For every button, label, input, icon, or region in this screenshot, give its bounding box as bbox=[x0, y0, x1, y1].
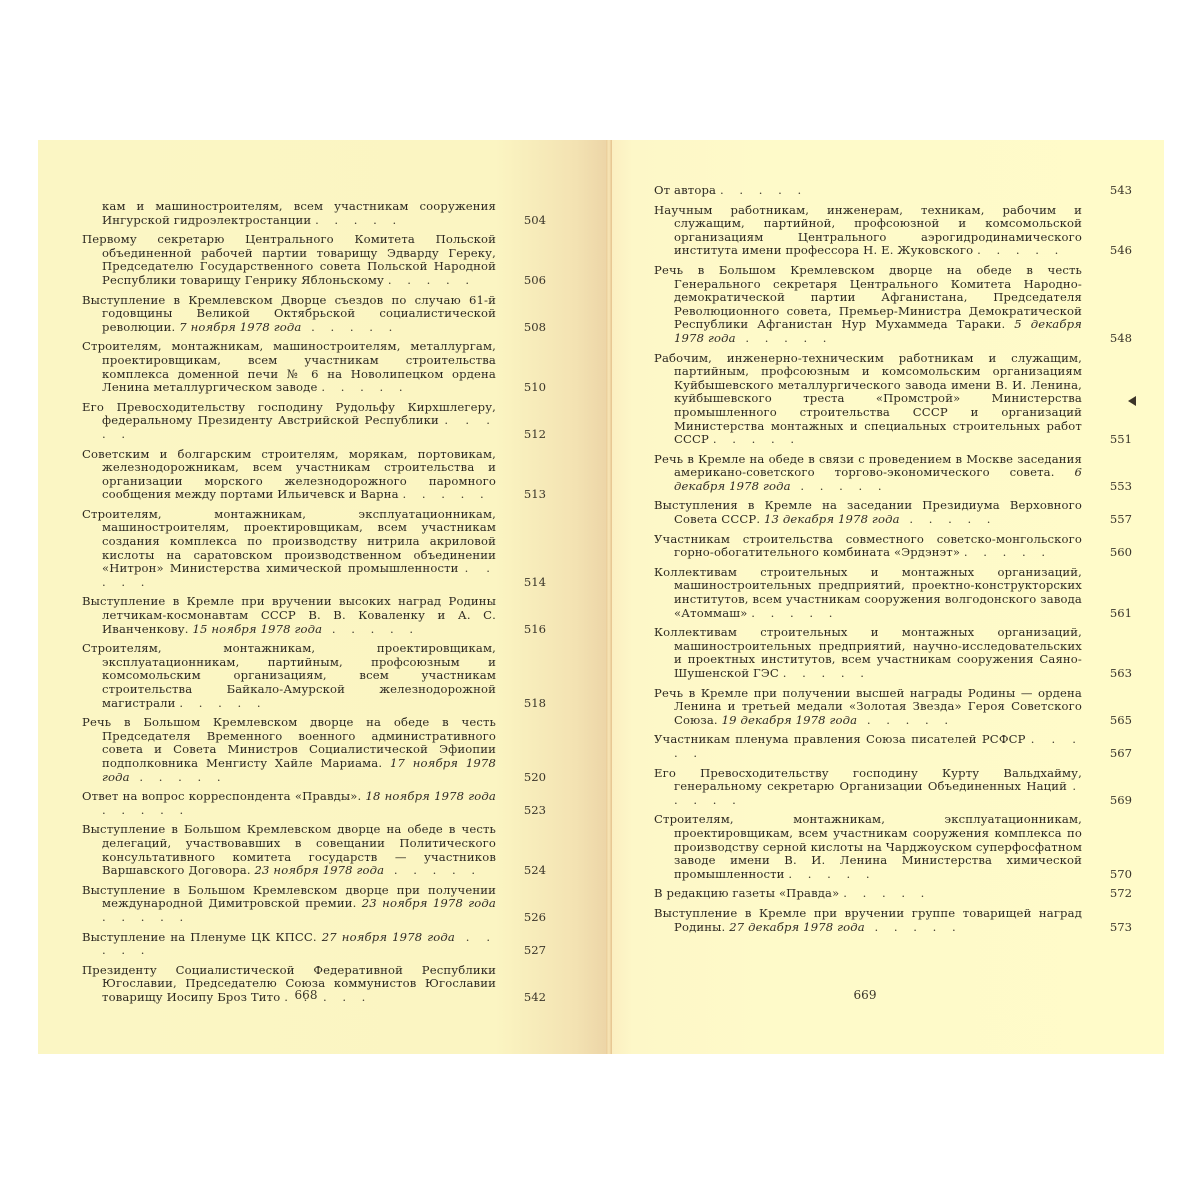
table-of-contents-left: кам и машиностроителям, всем участникам … bbox=[82, 200, 546, 1010]
right-page: От автора . . . . .543Научным работникам… bbox=[610, 140, 1164, 1054]
toc-entry-title: Выступление в Кремле при вручении высоки… bbox=[82, 595, 496, 636]
toc-entry-title: Участникам пленума правления Союза писат… bbox=[654, 733, 1082, 760]
toc-entry-title: Выступления в Кремле на заседании Презид… bbox=[654, 499, 1082, 526]
toc-entry[interactable]: Участникам пленума правления Союза писат… bbox=[654, 733, 1132, 760]
toc-entry[interactable]: Выступление на Пленуме ЦК КПСС. 27 ноябр… bbox=[82, 931, 546, 958]
page-number-left: 668 bbox=[20, 988, 592, 1002]
entry-page-number: 563 bbox=[1092, 667, 1132, 681]
toc-entry-title: Ответ на вопрос корреспондента «Правды».… bbox=[82, 790, 496, 817]
entry-page-number: 572 bbox=[1092, 887, 1132, 901]
dot-leader: . . . . . bbox=[179, 696, 266, 710]
entry-page-number: 512 bbox=[506, 428, 546, 442]
dot-leader: . . . . . bbox=[388, 273, 475, 287]
left-page: кам и машиностроителям, всем участникам … bbox=[38, 140, 610, 1054]
toc-entry[interactable]: Выступления в Кремле на заседании Презид… bbox=[654, 499, 1132, 526]
entry-page-number: 557 bbox=[1092, 513, 1132, 527]
dot-leader: . . . . . bbox=[791, 479, 888, 493]
entry-page-number: 546 bbox=[1092, 244, 1132, 258]
toc-entry[interactable]: Коллективам строительных и монтажных орг… bbox=[654, 626, 1132, 680]
dot-leader: . . . . . bbox=[964, 545, 1051, 559]
entry-date: 18 ноября 1978 года bbox=[365, 789, 496, 803]
dot-leader: . . . . . bbox=[321, 380, 408, 394]
dot-leader: . . . . . bbox=[736, 331, 833, 345]
toc-entry[interactable]: Первому секретарю Центрального Комитета … bbox=[82, 233, 546, 287]
entry-page-number: 526 bbox=[506, 911, 546, 925]
dot-leader: . . . . . bbox=[977, 243, 1064, 257]
entry-date: 27 декабря 1978 года bbox=[729, 920, 865, 934]
entry-page-number: 523 bbox=[506, 804, 546, 818]
entry-page-number: 543 bbox=[1092, 184, 1132, 198]
dot-leader: . . . . . bbox=[130, 770, 227, 784]
toc-entry-title: Строителям, монтажникам, эксплуатационни… bbox=[654, 813, 1082, 881]
entry-page-number: 569 bbox=[1092, 794, 1132, 808]
book-spine bbox=[606, 140, 612, 1054]
toc-entry-title: Выступление в Большом Кремлевском дворце… bbox=[82, 884, 496, 925]
toc-entry-title: Научным работникам, инженерам, техникам,… bbox=[654, 204, 1082, 258]
toc-entry[interactable]: Выступление в Кремлевском Дворце съездов… bbox=[82, 294, 546, 335]
entry-page-number: 516 bbox=[506, 623, 546, 637]
toc-entry-title: кам и машиностроителям, всем участникам … bbox=[82, 200, 496, 227]
toc-entry-title: Выступление в Кремле при вручении группе… bbox=[654, 907, 1082, 934]
toc-entry-title: Его Превосходительству господину Курту В… bbox=[654, 767, 1082, 808]
toc-entry[interactable]: Рабочим, инженерно-техническим работника… bbox=[654, 352, 1132, 447]
toc-entry[interactable]: Участникам строительства совместного сов… bbox=[654, 533, 1132, 560]
dot-leader: . . . . . bbox=[783, 666, 870, 680]
entry-date: 15 ноября 1978 года bbox=[192, 622, 322, 636]
entry-page-number: 506 bbox=[506, 274, 546, 288]
entry-title-text: Ответ на вопрос корреспондента «Правды». bbox=[82, 789, 361, 803]
table-of-contents-right: От автора . . . . .543Научным работникам… bbox=[654, 184, 1132, 940]
toc-entry-title: Рабочим, инженерно-техническим работника… bbox=[654, 352, 1082, 447]
entry-date: 7 ноября 1978 года bbox=[179, 320, 301, 334]
toc-entry-title: Строителям, монтажникам, эксплуатационни… bbox=[82, 508, 496, 590]
entry-date: 23 ноября 1978 года bbox=[255, 863, 385, 877]
toc-entry[interactable]: Выступление в Большом Кремлевском дворце… bbox=[82, 823, 546, 877]
entry-title-text: Участникам пленума правления Союза писат… bbox=[654, 732, 1026, 746]
toc-entry-title: Выступление в Кремлевском Дворце съездов… bbox=[82, 294, 496, 335]
entry-page-number: 553 bbox=[1092, 480, 1132, 494]
toc-entry[interactable]: Коллективам строительных и монтажных орг… bbox=[654, 566, 1132, 620]
entry-title-text: Речь в Кремле на обеде в связи с проведе… bbox=[654, 452, 1082, 480]
toc-entry-title: Выступление в Большом Кремлевском дворце… bbox=[82, 823, 496, 877]
dot-leader: . . . . . bbox=[865, 920, 962, 934]
toc-entry-title: В редакцию газеты «Правда» . . . . . bbox=[654, 887, 1082, 901]
entry-page-number: 508 bbox=[506, 321, 546, 335]
page-number-right: 669 bbox=[588, 988, 1142, 1002]
toc-entry[interactable]: Его Превосходительству господину Рудольф… bbox=[82, 401, 546, 442]
dot-leader: . . . . . bbox=[713, 432, 800, 446]
toc-entry-title: Речь в Большом Кремлевском дворце на обе… bbox=[82, 716, 496, 784]
entry-date: 27 ноября 1978 года bbox=[322, 930, 455, 944]
entry-page-number: 560 bbox=[1092, 546, 1132, 560]
dot-leader: . . . . . bbox=[857, 713, 954, 727]
toc-entry-title: Выступление на Пленуме ЦК КПСС. 27 ноябр… bbox=[82, 931, 496, 958]
toc-entry-title: Речь в Кремле при получении высшей награ… bbox=[654, 687, 1082, 728]
toc-entry[interactable]: Выступление в Кремле при вручении высоки… bbox=[82, 595, 546, 636]
entry-page-number: 513 bbox=[506, 488, 546, 502]
entry-title-text: Его Превосходительству господину Рудольф… bbox=[82, 400, 496, 428]
entry-title-text: В редакцию газеты «Правда» bbox=[654, 886, 839, 900]
entry-date: 13 декабря 1978 года bbox=[764, 512, 900, 526]
dot-leader: . . . . . bbox=[788, 867, 875, 881]
entry-page-number: 524 bbox=[506, 864, 546, 878]
dot-leader: . . . . . bbox=[315, 213, 402, 227]
toc-entry-title: Речь в Большом Кремлевском дворце на обе… bbox=[654, 264, 1082, 346]
entry-page-number: 510 bbox=[506, 381, 546, 395]
entry-title-text: Строителям, монтажникам, проектировщикам… bbox=[82, 641, 496, 709]
toc-entry[interactable]: Речь в Большом Кремлевском дворце на обе… bbox=[82, 716, 546, 784]
entry-date: 19 декабря 1978 года bbox=[722, 713, 858, 727]
dot-leader: . . . . . bbox=[751, 606, 838, 620]
toc-entry[interactable]: Строителям, монтажникам, эксплуатационни… bbox=[654, 813, 1132, 881]
toc-entry[interactable]: Речь в Кремле при получении высшей награ… bbox=[654, 687, 1132, 728]
toc-entry[interactable]: Выступление в Кремле при вручении группе… bbox=[654, 907, 1132, 934]
entry-page-number: 504 bbox=[506, 214, 546, 228]
toc-entry-title: Коллективам строительных и монтажных орг… bbox=[654, 566, 1082, 620]
dot-leader: . . . . . bbox=[384, 863, 481, 877]
entry-page-number: 518 bbox=[506, 697, 546, 711]
toc-entry[interactable]: Строителям, монтажникам, машиностроителя… bbox=[82, 340, 546, 394]
toc-entry[interactable]: Строителям, монтажникам, проектировщикам… bbox=[82, 642, 546, 710]
toc-entry[interactable]: Советским и болгарским строителям, моряк… bbox=[82, 448, 546, 502]
entry-page-number: 573 bbox=[1092, 921, 1132, 935]
entry-title-text: кам и машиностроителям, всем участникам … bbox=[102, 199, 496, 227]
entry-page-number: 561 bbox=[1092, 607, 1132, 621]
dot-leader: . . . . . bbox=[843, 886, 930, 900]
entry-page-number: 548 bbox=[1092, 332, 1132, 346]
dot-leader: . . . . . bbox=[102, 803, 189, 817]
toc-entry[interactable]: В редакцию газеты «Правда» . . . . .572 bbox=[654, 887, 1132, 901]
toc-entry[interactable]: Ответ на вопрос корреспондента «Правды».… bbox=[82, 790, 546, 817]
book-spread: кам и машиностроителям, всем участникам … bbox=[38, 140, 1164, 1054]
toc-entry-title: Строителям, монтажникам, проектировщикам… bbox=[82, 642, 496, 710]
entry-title-text: Строителям, монтажникам, машиностроителя… bbox=[82, 339, 496, 394]
entry-page-number: 551 bbox=[1092, 433, 1132, 447]
toc-entry[interactable]: Научным работникам, инженерам, техникам,… bbox=[654, 204, 1132, 258]
dot-leader: . . . . . bbox=[900, 512, 997, 526]
dot-leader: . . . . . bbox=[322, 622, 419, 636]
dot-leader: . . . . . bbox=[102, 910, 189, 924]
entry-title-text: Его Превосходительству господину Курту В… bbox=[654, 766, 1082, 794]
entry-title-text: От автора bbox=[654, 183, 716, 197]
entry-title-text: Выступление на Пленуме ЦК КПСС. bbox=[82, 930, 317, 944]
toc-entry[interactable]: Речь в Кремле на обеде в связи с проведе… bbox=[654, 453, 1132, 494]
toc-entry-title: Его Превосходительству господину Рудольф… bbox=[82, 401, 496, 442]
toc-entry-title: Первому секретарю Центрального Комитета … bbox=[82, 233, 496, 287]
dot-leader: . . . . . bbox=[403, 487, 490, 501]
entry-title-text: Коллективам строительных и монтажных орг… bbox=[654, 565, 1082, 620]
dot-leader: . . . . . bbox=[301, 320, 398, 334]
entry-title-text: Строителям, монтажникам, эксплуатационни… bbox=[82, 507, 496, 575]
toc-entry[interactable]: От автора . . . . .543 bbox=[654, 184, 1132, 198]
toc-entry-title: Участникам строительства совместного сов… bbox=[654, 533, 1082, 560]
margin-arrow-icon bbox=[1128, 396, 1136, 406]
entry-page-number: 527 bbox=[506, 944, 546, 958]
entry-page-number: 570 bbox=[1092, 868, 1132, 882]
entry-page-number: 514 bbox=[506, 576, 546, 590]
toc-entry-title: Речь в Кремле на обеде в связи с проведе… bbox=[654, 453, 1082, 494]
toc-entry[interactable]: Строителям, монтажникам, эксплуатационни… bbox=[82, 508, 546, 590]
entry-page-number: 567 bbox=[1092, 747, 1132, 761]
toc-entry[interactable]: Выступление в Большом Кремлевском дворце… bbox=[82, 884, 546, 925]
entry-page-number: 520 bbox=[506, 771, 546, 785]
toc-entry-title: От автора . . . . . bbox=[654, 184, 1082, 198]
toc-entry[interactable]: кам и машиностроителям, всем участникам … bbox=[82, 200, 546, 227]
toc-entry-title: Советским и болгарским строителям, моряк… bbox=[82, 448, 496, 502]
toc-entry[interactable]: Речь в Большом Кремлевском дворце на обе… bbox=[654, 264, 1132, 346]
dot-leader: . . . . . bbox=[720, 183, 807, 197]
toc-entry[interactable]: Его Превосходительству господину Курту В… bbox=[654, 767, 1132, 808]
entry-page-number: 565 bbox=[1092, 714, 1132, 728]
toc-entry-title: Коллективам строительных и монтажных орг… bbox=[654, 626, 1082, 680]
toc-entry-title: Строителям, монтажникам, машиностроителя… bbox=[82, 340, 496, 394]
entry-date: 23 ноября 1978 года bbox=[362, 896, 496, 910]
